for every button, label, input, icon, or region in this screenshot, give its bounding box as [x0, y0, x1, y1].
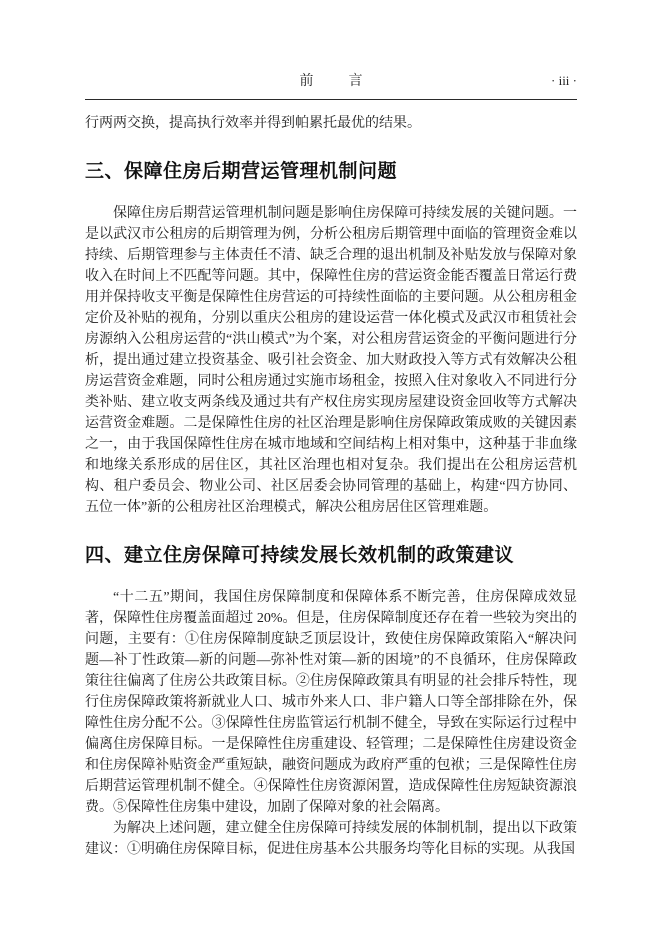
section-3-paragraph: 保障住房后期营运管理机制问题是影响住房保障可持续发展的关键问题。一是以武汉市公租…: [85, 203, 577, 518]
running-header: 前 言 · iii ·: [85, 72, 577, 91]
section-4-paragraph-1: “十二五”期间，我国住房保障制度和保障体系不断完善，住房保障成效显著，保障性住房…: [85, 587, 577, 818]
body-text: 行两两交换，提高执行效率并得到帕累托最优的结果。 三、保障住房后期营运管理机制问…: [85, 113, 577, 860]
carryover-paragraph: 行两两交换，提高执行效率并得到帕累托最优的结果。: [85, 113, 577, 134]
document-page: 前 言 · iii · 行两两交换，提高执行效率并得到帕累托最优的结果。 三、保…: [0, 0, 661, 925]
page-number: · iii ·: [363, 72, 578, 90]
page-content: 前 言 · iii · 行两两交换，提高执行效率并得到帕累托最优的结果。 三、保…: [85, 72, 577, 860]
section-heading-4: 四、建立住房保障可持续发展长效机制的政策建议: [85, 544, 577, 568]
section-heading-3: 三、保障住房后期营运管理机制问题: [85, 160, 577, 184]
header-rule: [85, 99, 577, 100]
section-4-paragraph-2: 为解决上述问题，建立健全住房保障可持续发展的体制机制，提出以下政策建议：①明确住…: [85, 818, 577, 860]
